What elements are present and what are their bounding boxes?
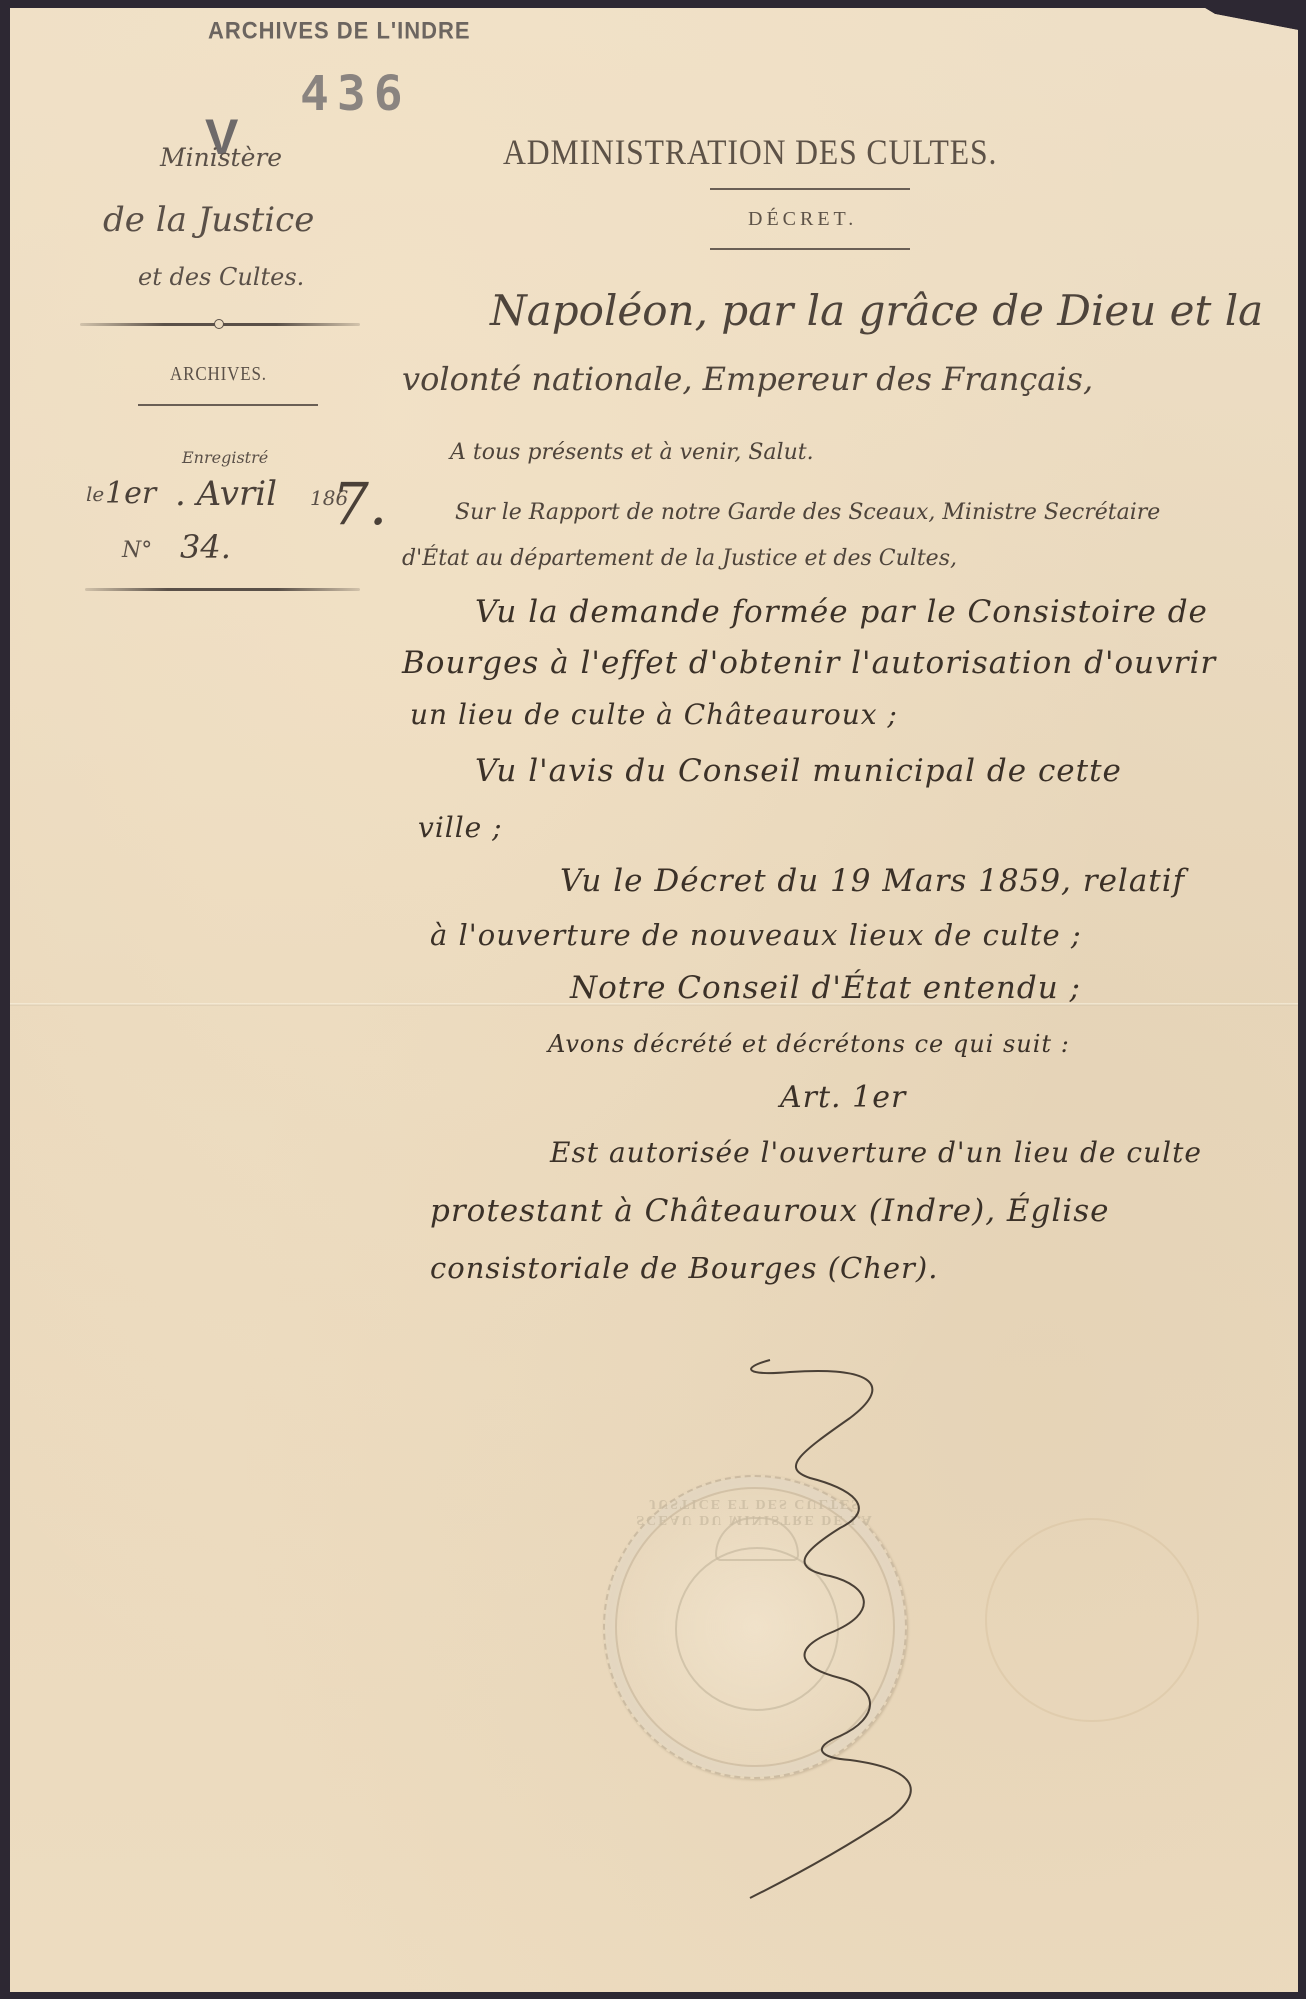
document-page: ARCHIVES DE L'INDRE 436 V Ministère de l… [10, 8, 1298, 1992]
signature-flourish-icon [10, 8, 1298, 1992]
